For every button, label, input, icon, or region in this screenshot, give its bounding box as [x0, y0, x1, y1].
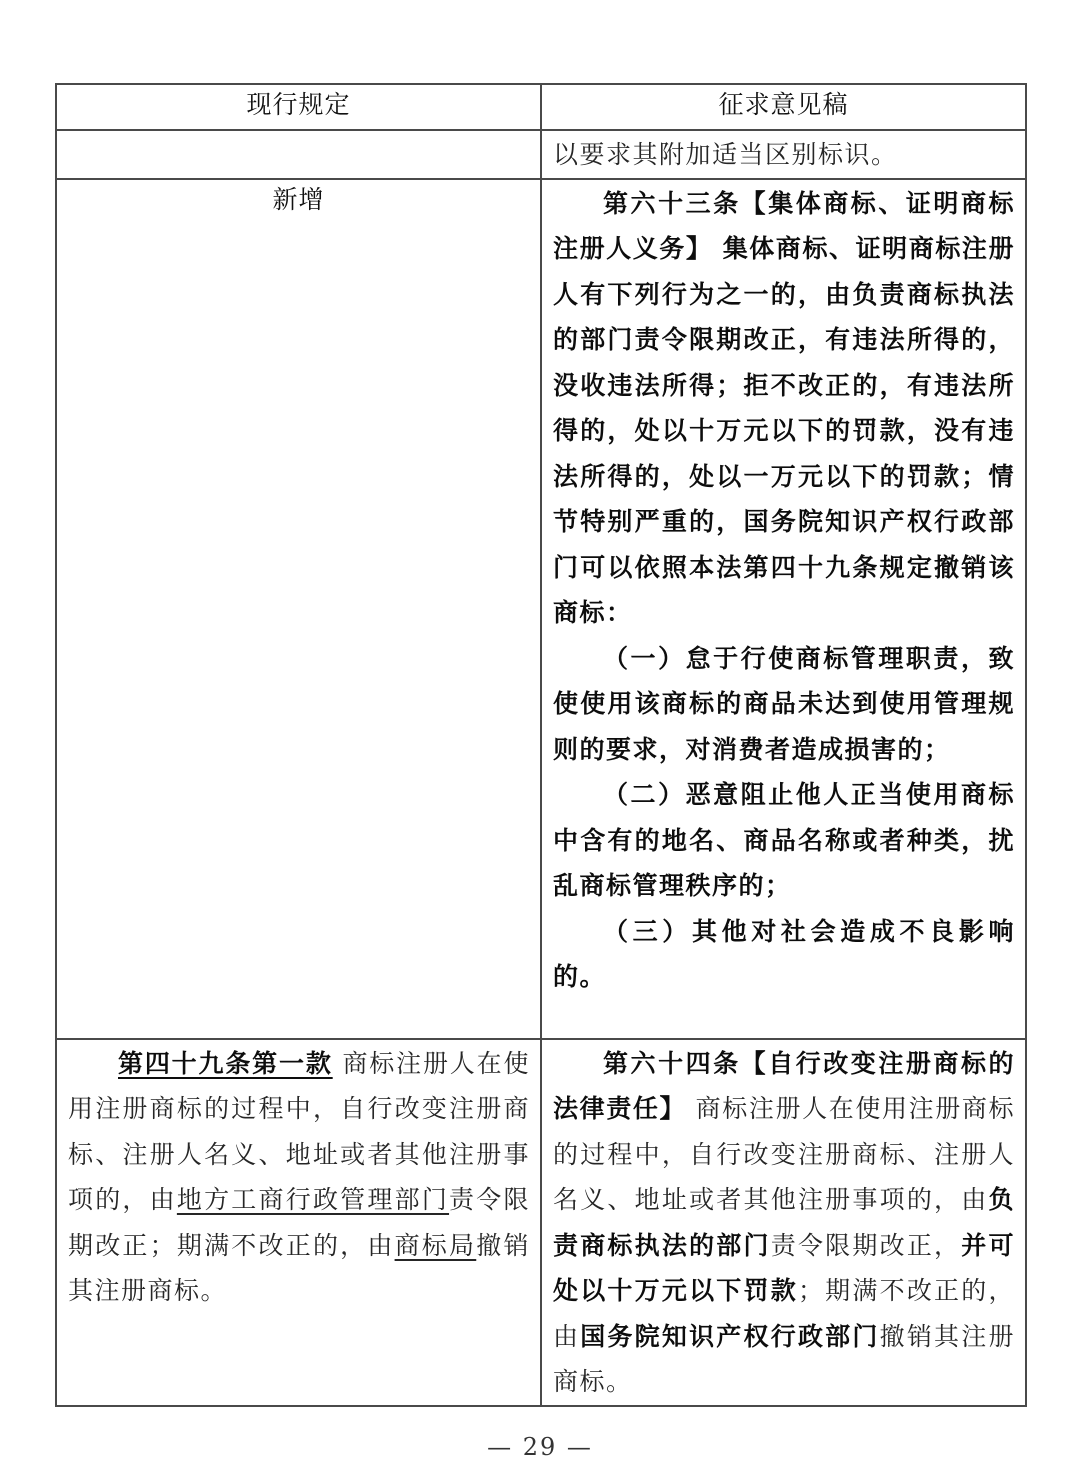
current-cell: 第四十九条第一款 商标注册人在使用注册商标的过程中，自行改变注册商标、注册人名义…	[56, 1039, 541, 1406]
underlined-trademark-office: 商标局	[395, 1231, 477, 1260]
column-header-current: 现行规定	[56, 84, 541, 130]
column-header-draft: 征求意见稿	[541, 84, 1026, 130]
item-1-text: （一）怠于行使商标管理职责，致使使用该商标的商品未达到使用管理规则的要求，对消费…	[553, 644, 1015, 764]
draft-text: 以要求其附加适当区别标识。	[542, 131, 1025, 178]
new-addition-label: 新增	[272, 185, 324, 214]
article-63-body: 第六十三条【集体商标、证明商标注册人义务】 集体商标、证明商标注册人有下列行为之…	[553, 181, 1015, 636]
underlined-authority: 地方工商行政管理部门	[177, 1185, 449, 1214]
comparison-table: 现行规定 征求意见稿 以要求其附加适当区别标识。 新增	[55, 83, 1027, 1407]
current-cell-empty	[56, 130, 541, 179]
article-63-item-2: （二）恶意阻止他人正当使用商标中含有的地名、商品名称或者种类，扰乱商标管理秩序的…	[553, 772, 1015, 909]
table-header-row: 现行规定 征求意见稿	[56, 84, 1026, 130]
draft-cell: 以要求其附加适当区别标识。	[541, 130, 1026, 179]
article-64-body: 第六十四条【自行改变注册商标的法律责任】 商标注册人在使用注册商标的过程中，自行…	[553, 1041, 1015, 1405]
item-2-text: （二）恶意阻止他人正当使用商标中含有的地名、商品名称或者种类，扰乱商标管理秩序的…	[553, 780, 1015, 900]
page-number: — 29 —	[0, 1433, 1080, 1461]
amended-revoking-authority: 国务院知识产权行政部门	[580, 1322, 879, 1351]
article-49-title: 第四十九条第一款	[118, 1049, 333, 1078]
current-text	[57, 131, 540, 132]
draft-article-63: 第六十三条【集体商标、证明商标注册人义务】 集体商标、证明商标注册人有下列行为之…	[542, 180, 1025, 1000]
current-article-49: 第四十九条第一款 商标注册人在使用注册商标的过程中，自行改变注册商标、注册人名义…	[57, 1040, 540, 1314]
draft-cell: 第六十四条【自行改变注册商标的法律责任】 商标注册人在使用注册商标的过程中，自行…	[541, 1039, 1026, 1406]
item-3-text: （三）其他对社会造成不良影响的。	[553, 917, 1015, 992]
table-row: 第四十九条第一款 商标注册人在使用注册商标的过程中，自行改变注册商标、注册人名义…	[56, 1039, 1026, 1406]
current-cell-new: 新增	[56, 179, 541, 1039]
table-row: 以要求其附加适当区别标识。	[56, 130, 1026, 179]
article-64-text: 责令限期改正，	[771, 1231, 962, 1260]
draft-article-64: 第六十四条【自行改变注册商标的法律责任】 商标注册人在使用注册商标的过程中，自行…	[542, 1040, 1025, 1405]
document-page: 现行规定 征求意见稿 以要求其附加适当区别标识。 新增	[0, 0, 1080, 1462]
article-63-text: 集体商标、证明商标注册人有下列行为之一的，由负责商标执法的部门责令限期改正，有违…	[553, 234, 1015, 627]
draft-segment: 以要求其附加适当区别标识。	[553, 140, 898, 169]
table-row: 新增 第六十三条【集体商标、证明商标注册人义务】 集体商标、证明商标注册人有下列…	[56, 179, 1026, 1039]
draft-cell: 第六十三条【集体商标、证明商标注册人义务】 集体商标、证明商标注册人有下列行为之…	[541, 179, 1026, 1039]
article-49-body: 第四十九条第一款 商标注册人在使用注册商标的过程中，自行改变注册商标、注册人名义…	[68, 1041, 530, 1314]
article-63-item-1: （一）怠于行使商标管理职责，致使使用该商标的商品未达到使用管理规则的要求，对消费…	[553, 636, 1015, 773]
article-63-item-3: （三）其他对社会造成不良影响的。	[553, 909, 1015, 1000]
